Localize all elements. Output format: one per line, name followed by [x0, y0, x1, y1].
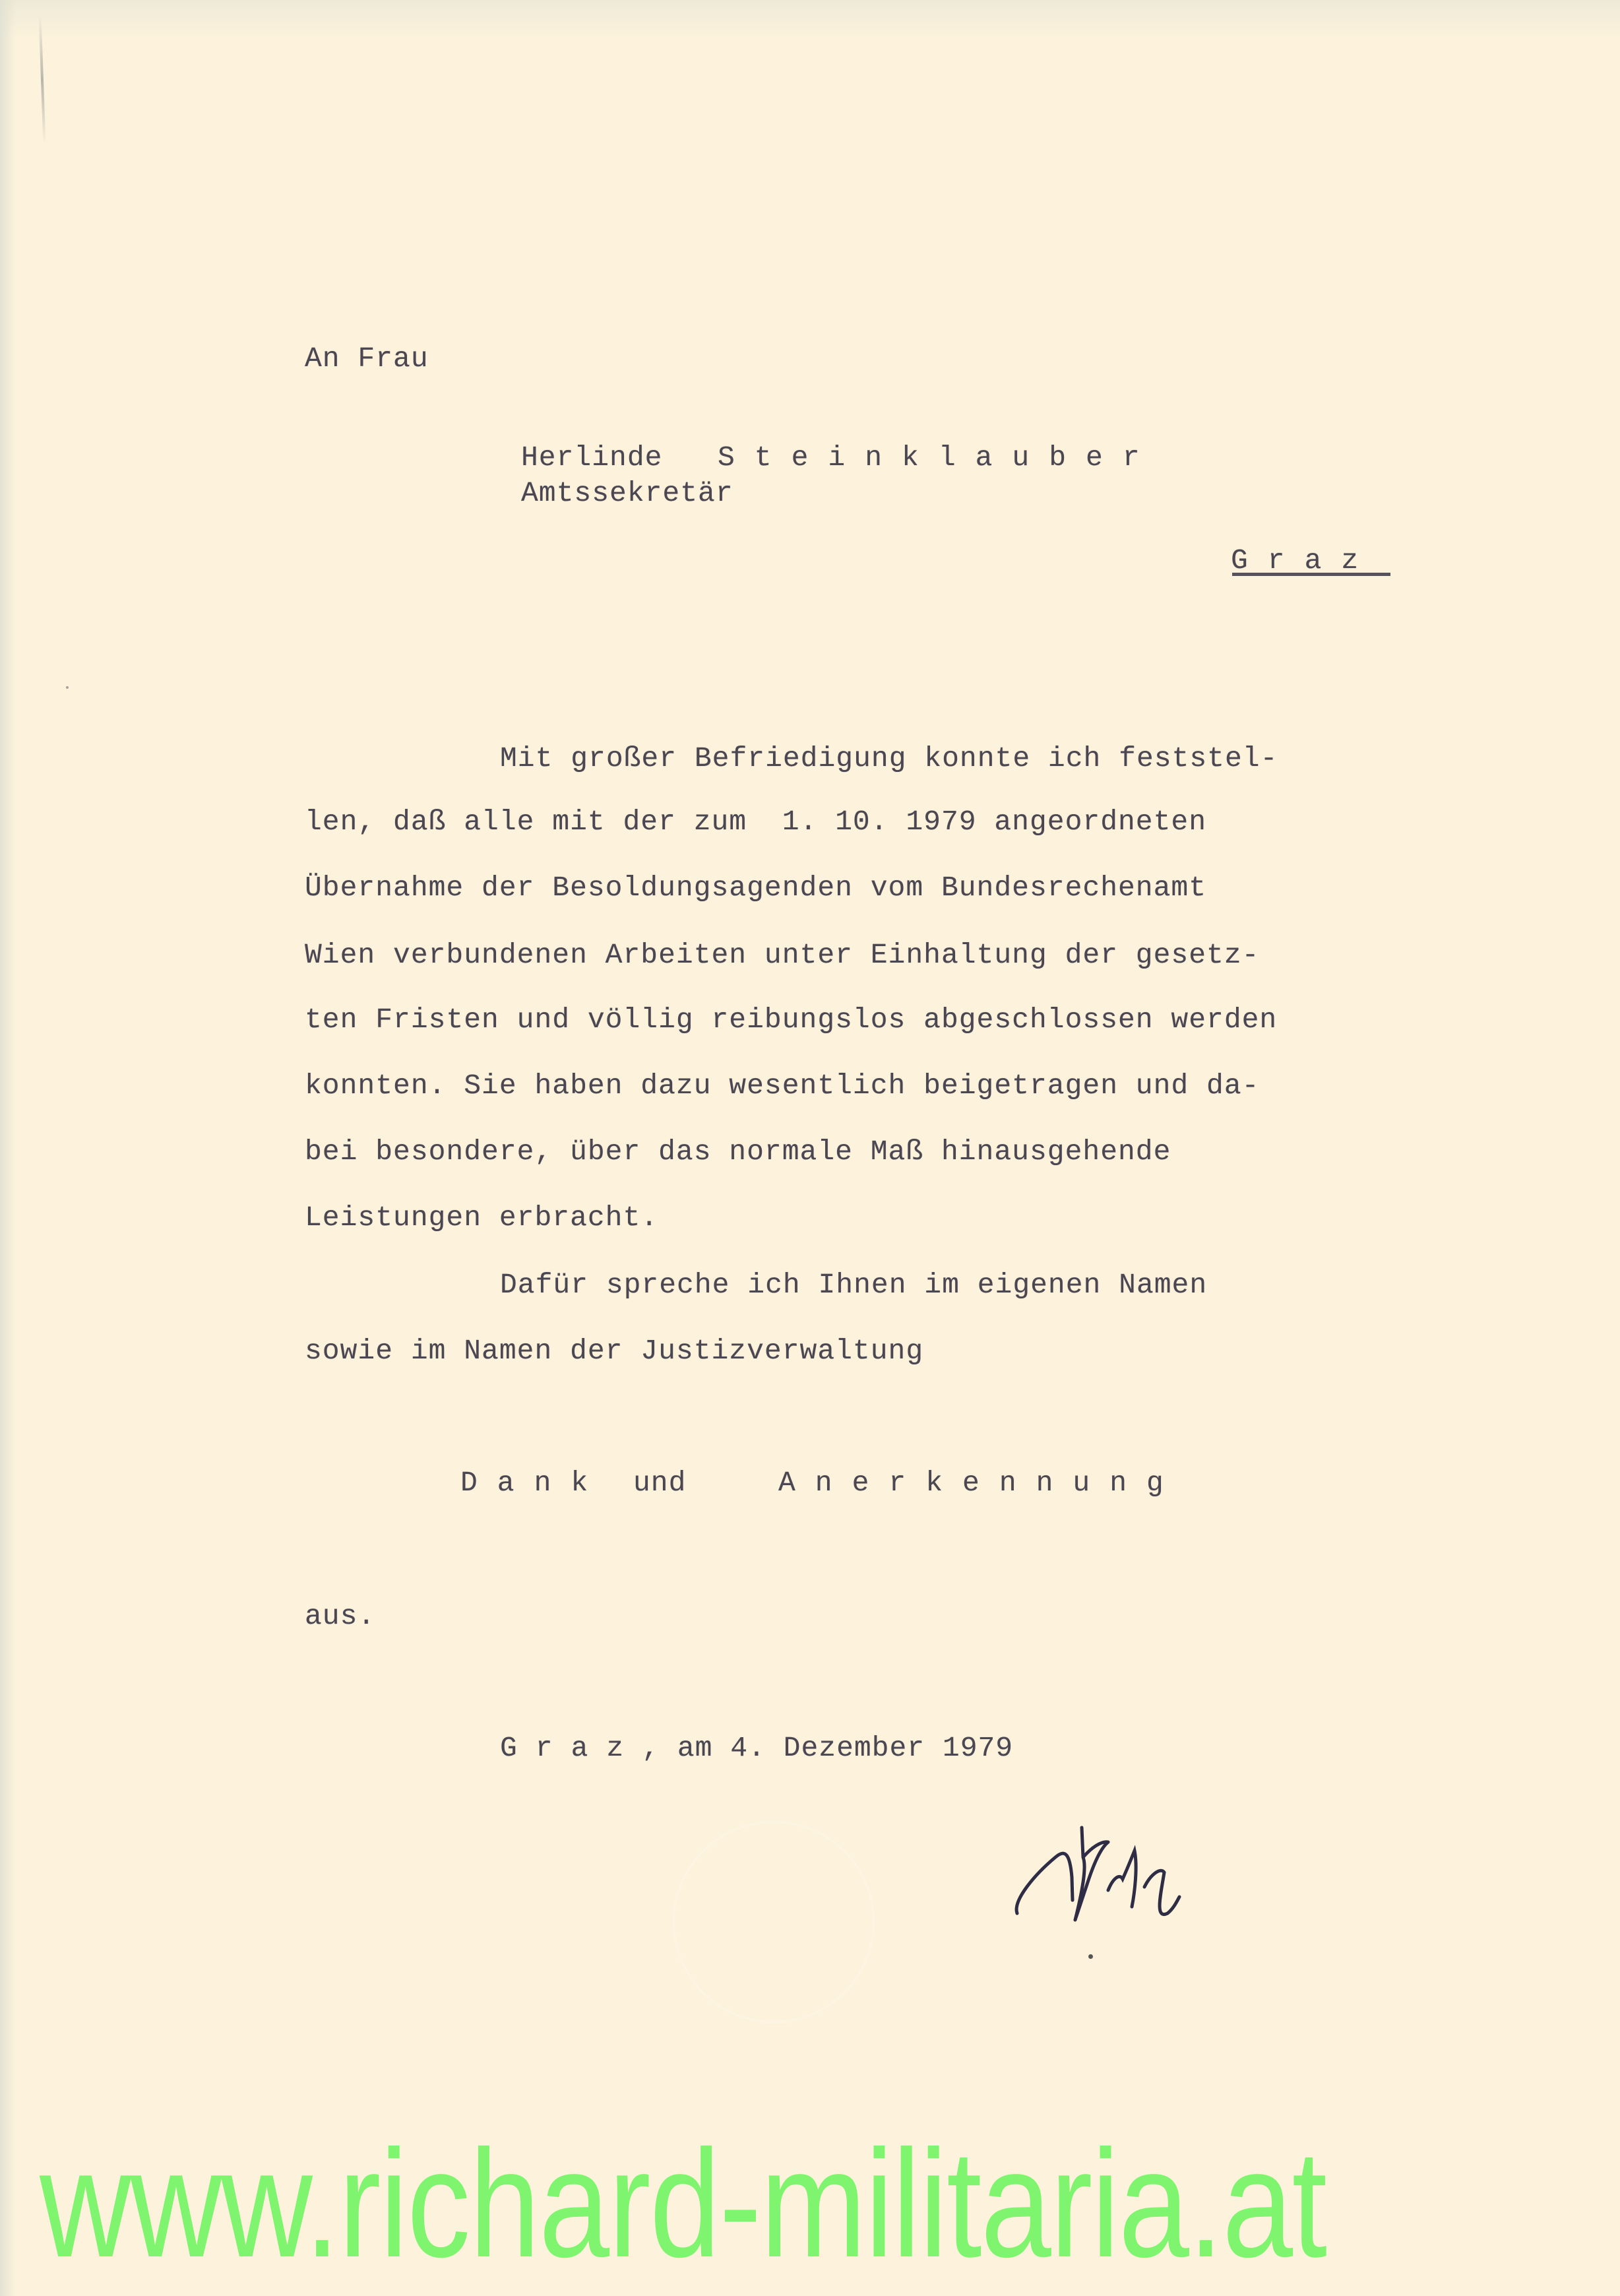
- recipient-first-name: Herlinde: [521, 443, 662, 472]
- watermark: www.richard-militaria.at: [40, 2128, 1332, 2281]
- recipient-city: Graz: [1231, 546, 1378, 575]
- emphasis-word-und: und: [633, 1469, 686, 1497]
- closing-word: aus.: [305, 1602, 375, 1630]
- body-line: konnten. Sie haben dazu wesentlich beige…: [305, 1071, 1259, 1100]
- salutation: An Frau: [305, 344, 429, 373]
- body-line: len, daß alle mit der zum 1. 10. 1979 an…: [305, 808, 1206, 836]
- body-line: Wien verbundenen Arbeiten unter Einhaltu…: [305, 941, 1259, 969]
- body-line: ten Fristen und völlig reibungslos abges…: [305, 1005, 1277, 1034]
- place-city: Graz: [500, 1732, 642, 1764]
- body-line: bei besondere, über das normale Maß hina…: [305, 1137, 1171, 1166]
- place-date: Graz, am 4. Dezember 1979: [500, 1734, 1013, 1762]
- body-line: Dafür spreche ich Ihnen im eigenen Namen: [500, 1271, 1207, 1299]
- recipient-title: Amtssekretär: [521, 479, 733, 507]
- body-line: Leistungen erbracht.: [305, 1203, 658, 1232]
- emphasis-word-dank: Dank: [460, 1469, 607, 1497]
- recipient-last-name: Steinklauber: [718, 443, 1160, 472]
- body-line: sowie im Namen der Justizverwaltung: [305, 1337, 923, 1365]
- embossed-seal: [673, 1821, 875, 2023]
- city-underline: [1232, 573, 1390, 576]
- ink-speck: [66, 686, 69, 689]
- signature-icon: [1009, 1821, 1220, 1940]
- date-text: , am 4. Dezember 1979: [642, 1732, 1013, 1764]
- body-line: Übernahme der Besoldungsagenden vom Bund…: [305, 874, 1206, 902]
- body-line: Mit großer Befriedigung konnte ich fests…: [500, 744, 1278, 773]
- ink-speck: [1088, 1954, 1093, 1959]
- emphasis-word-anerkennung: Anerkennung: [778, 1469, 1183, 1497]
